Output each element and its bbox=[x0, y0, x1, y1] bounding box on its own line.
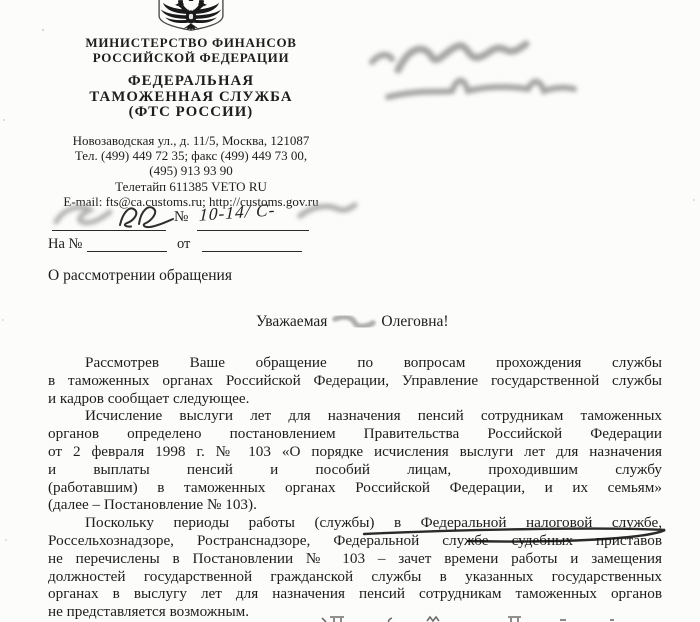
email-website-line: E-mail: fts@ca.customs.ru; http://custom… bbox=[26, 194, 356, 209]
phone-line-2: (495) 913 93 90 bbox=[26, 163, 356, 178]
outgoing-number-sign: № bbox=[174, 209, 188, 226]
handwritten-date-loops bbox=[120, 207, 173, 227]
body-line: должностей государственной гражданской с… bbox=[48, 568, 662, 586]
reply-date-label: от bbox=[177, 236, 190, 253]
body-line: Исчисление выслуги лет для назначения пе… bbox=[48, 407, 662, 425]
reply-number-label: На № bbox=[48, 236, 82, 253]
body-line: органах в выслугу лет для назначения пен… bbox=[48, 585, 662, 603]
ministry-line: РОССИЙСКОЙ ФЕДЕРАЦИИ bbox=[26, 51, 356, 66]
letterhead: МИНИСТЕРСТВО ФИНАНСОВ РОССИЙСКОЙ ФЕДЕРАЦ… bbox=[26, 0, 356, 209]
body-line: не перечислены в Постановлении № 103 – з… bbox=[48, 550, 662, 568]
greeting-suffix: Олеговна! bbox=[381, 313, 448, 331]
date-blank-rule bbox=[52, 230, 166, 231]
phone-line: Тел. (499) 449 72 35; факс (499) 449 73 … bbox=[26, 148, 356, 163]
body-line: (работавшим) в таможенных органах Россий… bbox=[48, 479, 662, 497]
paragraph-1: Рассмотрев Ваше обращение по вопросам пр… bbox=[48, 354, 662, 407]
body-line: Поскольку периоды работы (службы) в Феде… bbox=[48, 514, 662, 532]
reply-number-blank-rule bbox=[87, 251, 167, 252]
outgoing-number-handwritten: 10-14/ С- bbox=[199, 199, 276, 225]
greeting-prefix: Уважаемая bbox=[256, 313, 327, 331]
ministry-name: МИНИСТЕРСТВО ФИНАНСОВ РОССИЙСКОЙ ФЕДЕРАЦ… bbox=[26, 36, 356, 65]
body-line: и кадров сообщает следующее. bbox=[48, 390, 662, 408]
agency-line: ТАМОЖЕННАЯ СЛУЖБА bbox=[26, 90, 356, 106]
body-line: Россельхознадзоре, Ространснадзоре, Феде… bbox=[48, 532, 662, 550]
greeting-line: Уважаемая Олеговна! bbox=[256, 313, 449, 331]
agency-line: (ФТС РОССИИ) bbox=[26, 105, 356, 121]
teletype-line: Телетайп 611385 VETO RU bbox=[26, 179, 356, 194]
number-blank-rule bbox=[197, 230, 309, 231]
address-line: Новозаводская ул., д. 11/5, Москва, 1210… bbox=[26, 133, 356, 148]
body-line: в таможенных органах Российской Федераци… bbox=[48, 372, 662, 390]
body-line: не представляется возможным. bbox=[48, 603, 662, 621]
paragraph-2: Исчисление выслуги лет для назначения пе… bbox=[48, 407, 662, 514]
agency-line: ФЕДЕРАЛЬНАЯ bbox=[26, 74, 356, 90]
body-line: (далее – Постановление № 103). bbox=[48, 496, 662, 514]
subject-line: О рассмотрении обращения bbox=[48, 267, 232, 285]
contact-block: Новозаводская ул., д. 11/5, Москва, 1210… bbox=[26, 133, 356, 209]
double-headed-eagle-icon bbox=[153, 0, 229, 31]
handwritten-scribble-redacted bbox=[372, 44, 574, 97]
body-line: Рассмотрев Ваше обращение по вопросам пр… bbox=[48, 354, 662, 372]
body-line: органов определено постановлением Правит… bbox=[48, 425, 662, 443]
reply-date-blank-rule bbox=[202, 251, 302, 252]
body-line: от 2 февраля 1998 г. № 103 «О порядке ис… bbox=[48, 443, 662, 461]
agency-name: ФЕДЕРАЛЬНАЯ ТАМОЖЕННАЯ СЛУЖБА (ФТС РОССИ… bbox=[26, 74, 356, 121]
ministry-line: МИНИСТЕРСТВО ФИНАНСОВ bbox=[26, 36, 356, 51]
paragraph-3: Поскольку периоды работы (службы) в Феде… bbox=[48, 514, 662, 621]
scanned-letter-page: МИНИСТЕРСТВО ФИНАНСОВ РОССИЙСКОЙ ФЕДЕРАЦ… bbox=[0, 0, 700, 622]
redacted-name-smudge bbox=[331, 313, 377, 331]
coat-of-arms bbox=[152, 0, 230, 31]
body-line: и выплаты пенсий и пособий лицам, проход… bbox=[48, 461, 662, 479]
letter-body: Рассмотрев Ваше обращение по вопросам пр… bbox=[48, 354, 662, 621]
